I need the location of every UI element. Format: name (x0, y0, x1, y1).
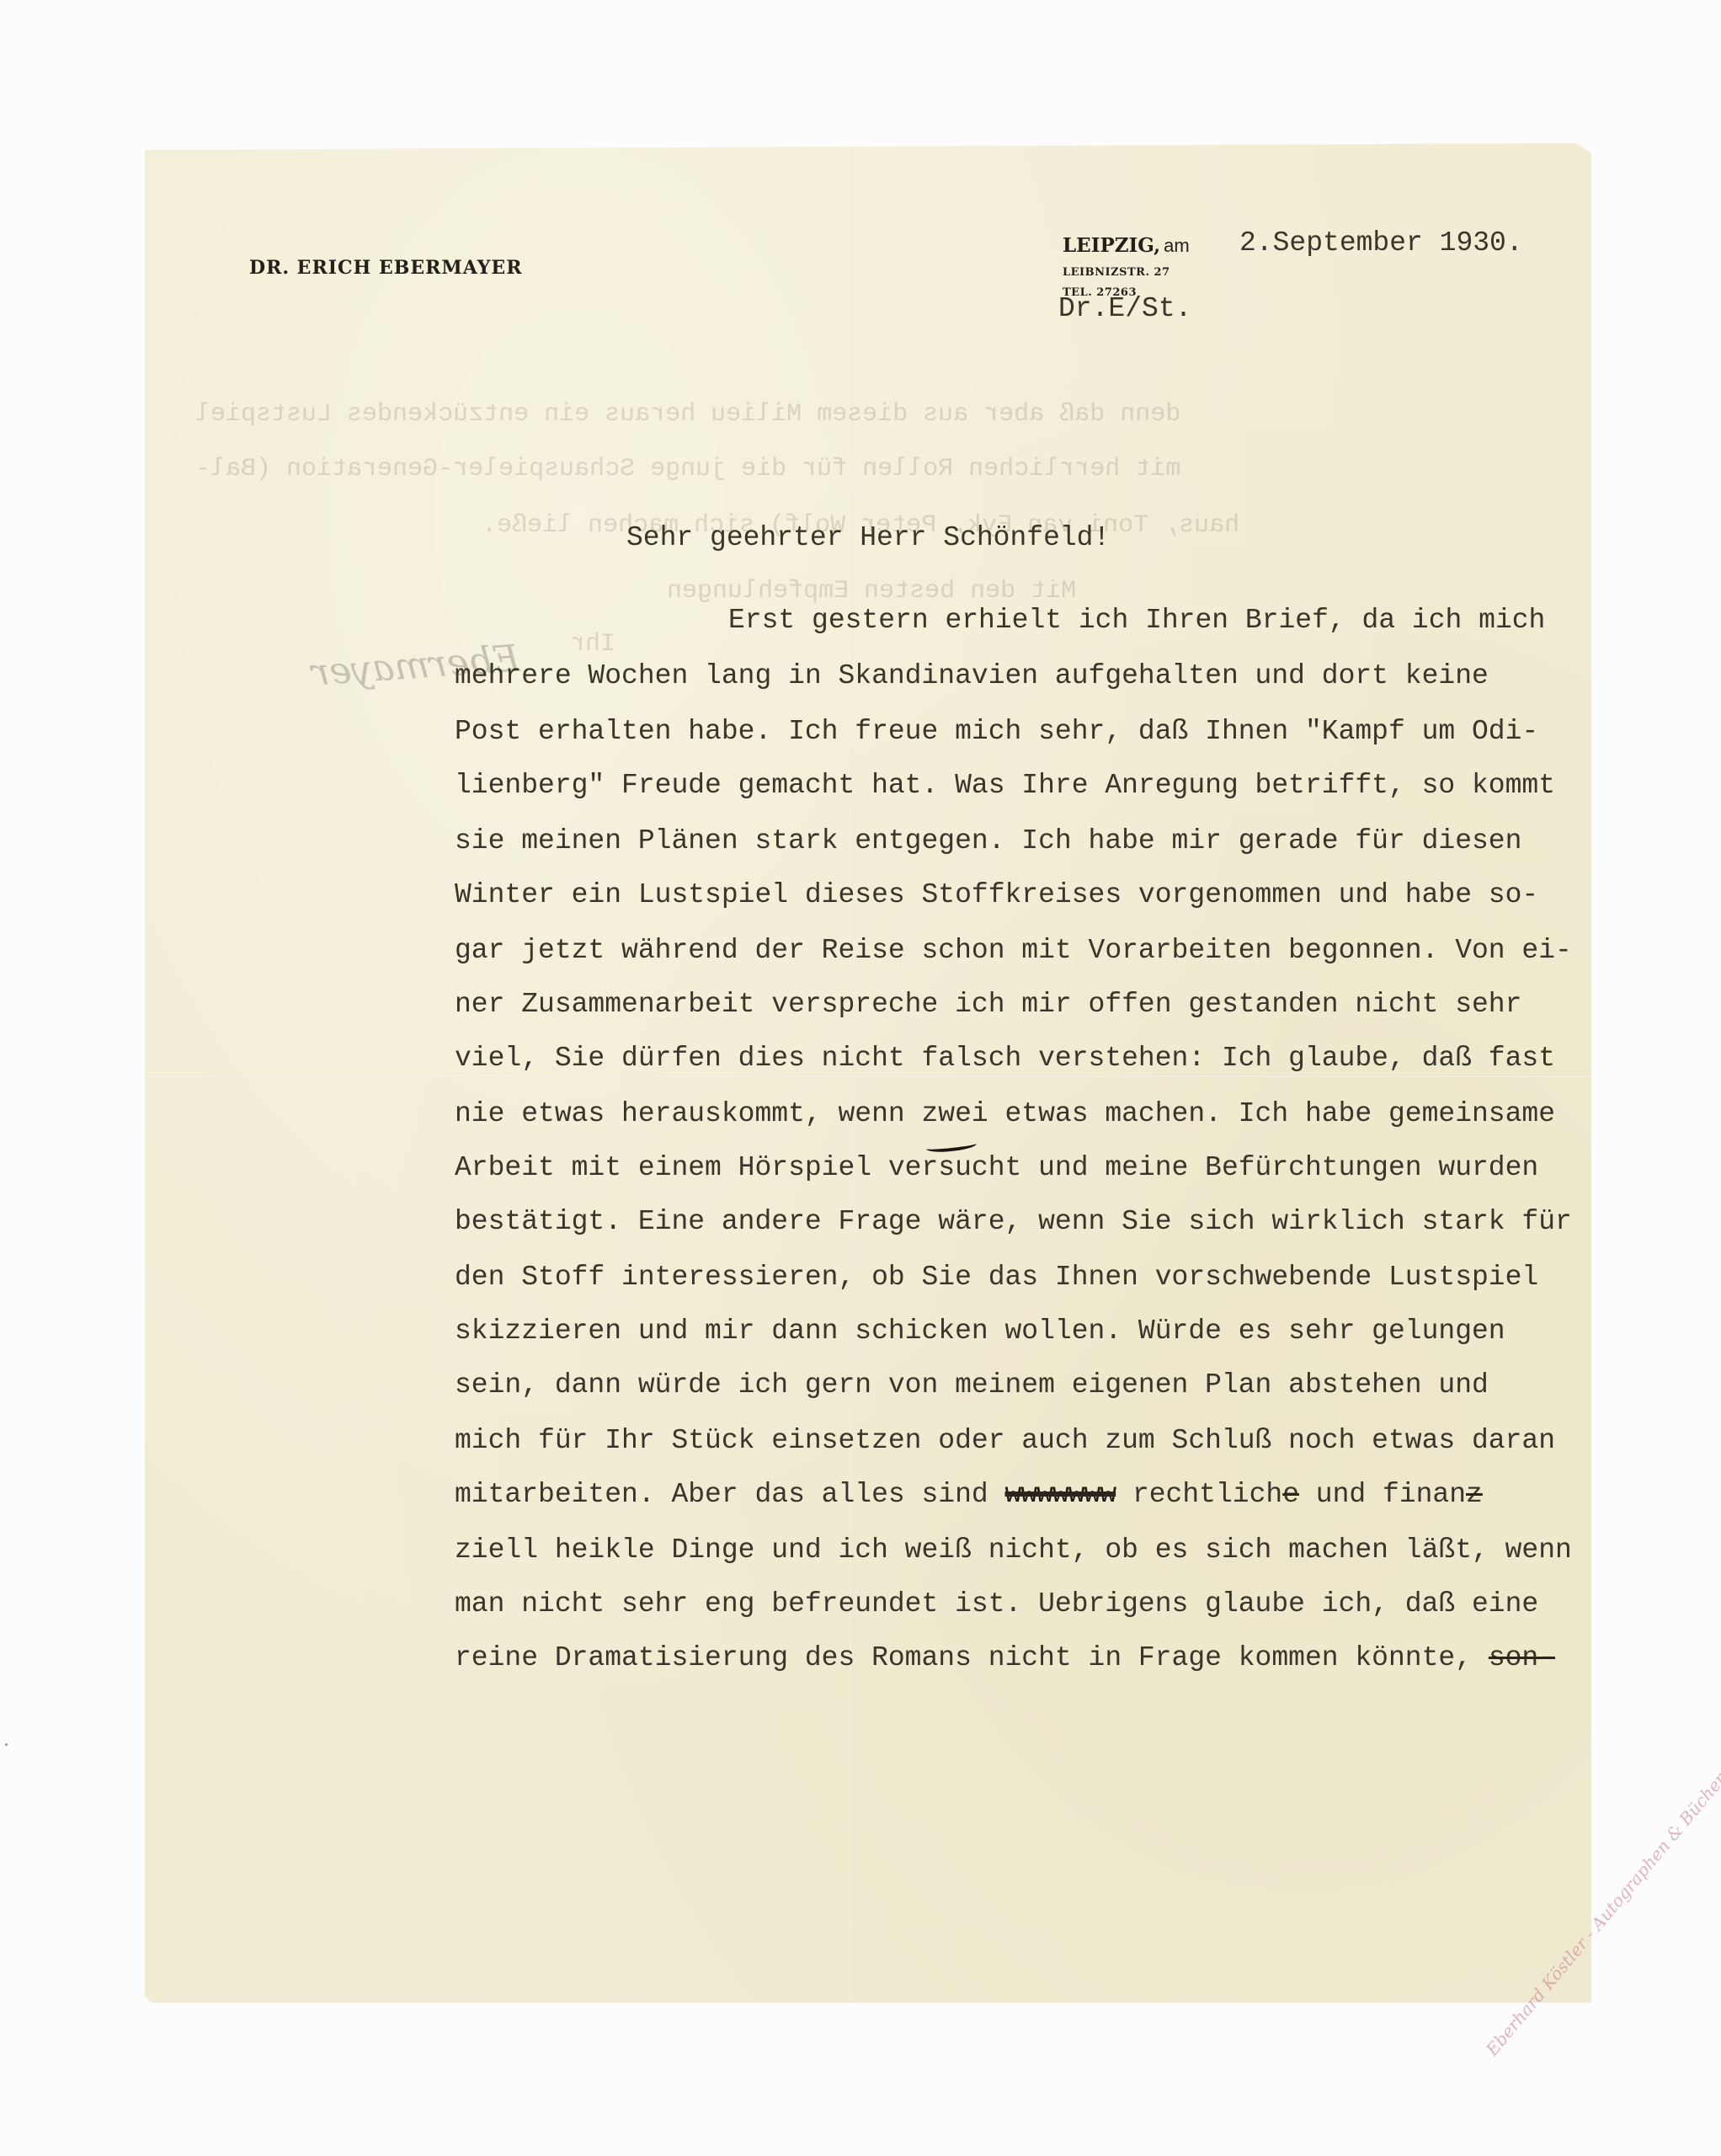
struck-out-char: e (1282, 1479, 1299, 1510)
body-line: Erst gestern erhielt ich Ihren Brief, da… (728, 605, 1545, 636)
body-line-with-corrections: mitarbeiten. Aber das alles sind wwwwwww… (455, 1479, 1483, 1510)
letter-page: denn daß aber aus diesem Milieu heraus e… (145, 143, 1591, 2003)
body-line: skizzieren und mir dann schicken wollen.… (455, 1315, 1505, 1347)
body-line: Winter ein Lustspiel dieses Stoffkreises… (455, 879, 1538, 910)
struck-out-word: son- (1489, 1642, 1555, 1673)
body-line: Post erhalten habe. Ich freue mich sehr,… (455, 716, 1538, 747)
body-line: gar jetzt während der Reise schon mit Vo… (455, 935, 1572, 966)
body-line: man nicht sehr eng befreundet ist. Uebri… (455, 1588, 1538, 1620)
horizontal-fold-line (145, 1076, 1591, 1078)
body-line: bestätigt. Eine andere Frage wäre, wenn … (455, 1206, 1572, 1237)
letterhead-city: LEIPZIG,am (1063, 234, 1190, 257)
letterhead-city-name: LEIPZIG, (1063, 234, 1160, 257)
bleed-through-line: Ihr (570, 630, 615, 659)
bleed-through-line: Mit den besten Empfehlungen (667, 577, 1076, 606)
text-segment: mitarbeiten. Aber das alles sind (455, 1479, 1005, 1510)
paper-speck (660, 2055, 663, 2057)
struck-out-word: wwwwwww (1005, 1479, 1116, 1510)
scan-speck (5, 1743, 8, 1746)
reference-code: Dr.E/St. (1058, 293, 1191, 324)
body-line: nie etwas herauskommt, wenn zwei etwas m… (455, 1098, 1555, 1129)
letter-date: 2.September 1930. (1239, 227, 1523, 259)
body-line: viel, Sie dürfen dies nicht falsch verst… (455, 1043, 1555, 1074)
body-line: ziell heikle Dinge und ich weiß nicht, o… (455, 1534, 1572, 1566)
letterhead-am: am (1164, 235, 1190, 256)
letterhead-street: LEIBNIZSTR. 27 (1063, 266, 1170, 279)
struck-out-char: z (1466, 1479, 1483, 1510)
text-segment: und finan (1299, 1479, 1466, 1510)
text-segment: reine Dramatisierung des Romans nicht in… (455, 1642, 1472, 1673)
body-line: den Stoff interessieren, ob Sie das Ihne… (455, 1262, 1538, 1293)
text-segment: rechtlich (1116, 1479, 1282, 1510)
body-line: sie meinen Plänen stark entgegen. Ich ha… (455, 825, 1521, 857)
bleed-through-line: mit herrlichen Rollen für die junge Scha… (195, 455, 1180, 483)
body-line: ner Zusammenarbeit verspreche ich mir of… (455, 989, 1521, 1020)
body-line: Arbeit mit einem Hörspiel versucht und m… (455, 1152, 1538, 1183)
body-line: mich für Ihr Stück einsetzen oder auch z… (455, 1425, 1555, 1456)
body-line: mehrere Wochen lang in Skandinavien aufg… (455, 660, 1489, 691)
salutation: Sehr geehrter Herr Schönfeld! (626, 522, 1110, 553)
bleed-through-line: denn daß aber aus diesem Milieu heraus e… (195, 400, 1180, 429)
body-line: sein, dann würde ich gern von meinem eig… (455, 1369, 1489, 1401)
letterhead-name: DR. ERICH EBERMAYER (249, 257, 522, 279)
body-line: lienberg" Freude gemacht hat. Was Ihre A… (455, 770, 1555, 801)
body-line-last: reine Dramatisierung des Romans nicht in… (455, 1642, 1555, 1673)
